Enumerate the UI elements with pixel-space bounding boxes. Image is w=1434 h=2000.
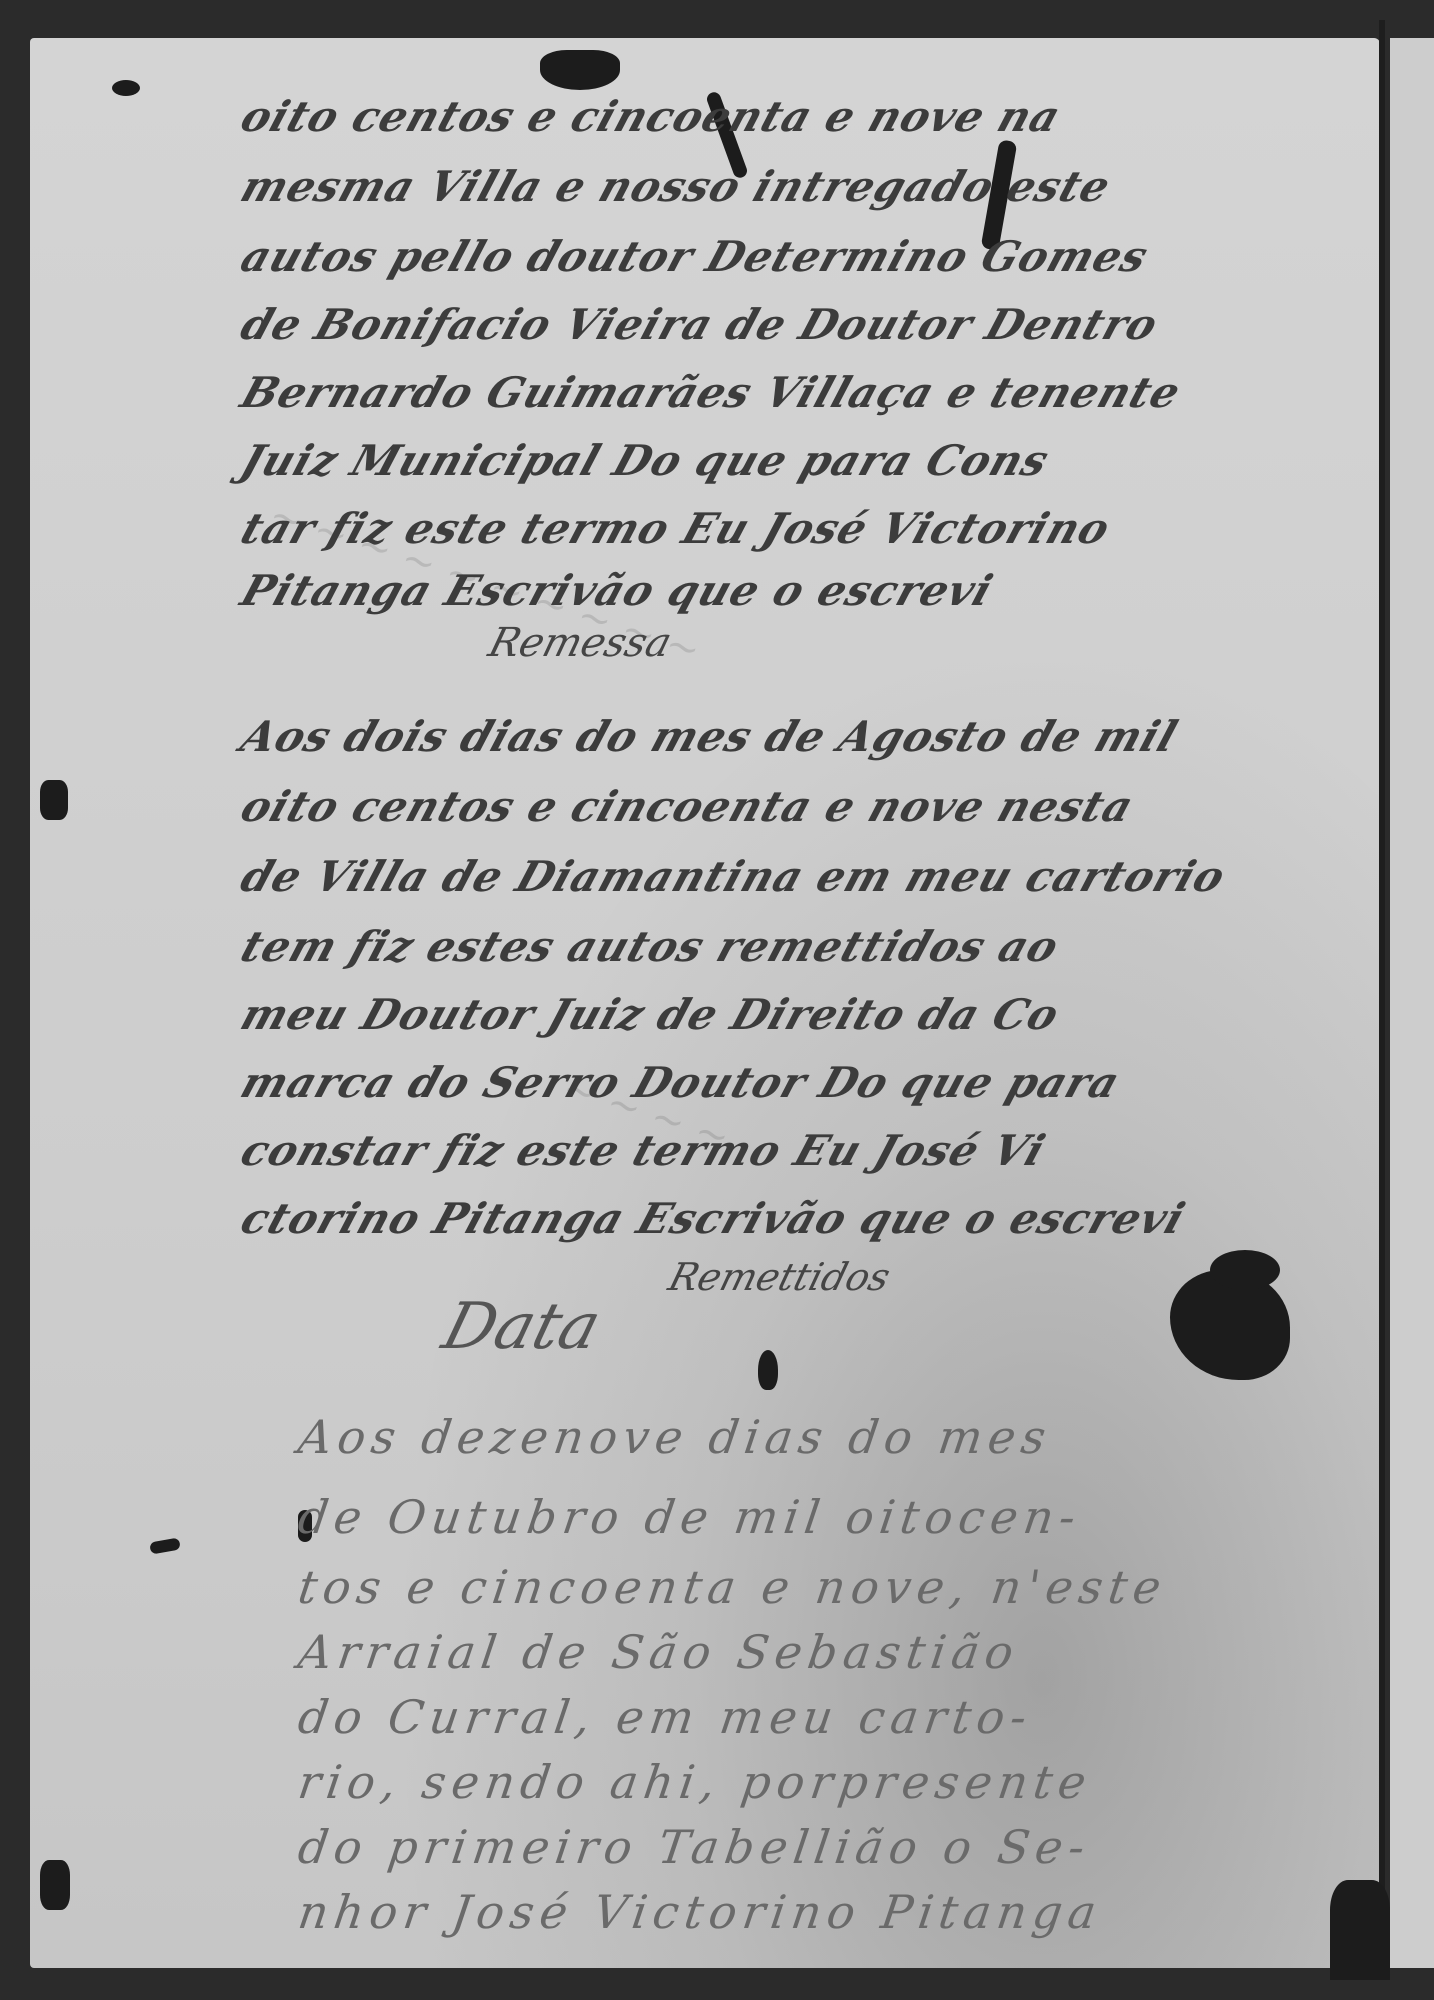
text-line: ctorino Pitanga Escrivão que o escrevi bbox=[235, 1194, 1192, 1243]
text-line: mesma Villa e nosso intregado este bbox=[235, 162, 1117, 211]
ink-blot bbox=[540, 50, 620, 90]
text-line: tos e cincoenta e nove, n'este bbox=[295, 1560, 1170, 1614]
section-heading: Remessa bbox=[484, 620, 677, 666]
text-line: do Curral, em meu carto- bbox=[295, 1690, 1036, 1744]
ink-blot bbox=[40, 1860, 70, 1910]
text-line: de Bonifacio Vieira de Doutor Dentro bbox=[235, 300, 1165, 349]
text-line: autos pello doutor Determino Gomes bbox=[235, 232, 1155, 281]
ink-blot bbox=[1330, 1880, 1390, 1980]
text-line: nhor José Victorino Pitanga bbox=[295, 1885, 1106, 1939]
text-line: rio, sendo ahi, porpresente bbox=[295, 1755, 1095, 1809]
text-line: Aos dezenove dias do mes bbox=[295, 1410, 1055, 1464]
adjacent-page-strip bbox=[1390, 38, 1434, 1968]
ink-blot bbox=[112, 80, 140, 96]
text-line: Arraial de São Sebastião bbox=[295, 1625, 1023, 1679]
scan-bottom-border bbox=[0, 1968, 1434, 2000]
closing-word: Remettidos bbox=[664, 1255, 895, 1299]
text-line: tem fiz estes autos remettidos ao bbox=[235, 922, 1065, 971]
text-line: Pitanga Escrivão que o escrevi bbox=[235, 566, 999, 615]
text-line: Bernardo Guimarães Villaça e tenente bbox=[235, 368, 1187, 417]
text-line: de Villa de Diamantina em meu cartorio bbox=[235, 852, 1232, 901]
ink-blot bbox=[1210, 1250, 1280, 1290]
section-heading: Data bbox=[435, 1290, 608, 1364]
text-line: tar fiz este termo Eu José Victorino bbox=[235, 504, 1117, 553]
binding-line bbox=[1379, 20, 1385, 1970]
text-line: de Outubro de mil oitocen- bbox=[295, 1490, 1085, 1544]
text-line: Aos dois dias do mes de Agosto de mil bbox=[235, 712, 1184, 761]
text-line: marca do Serro Doutor Do que para bbox=[235, 1058, 1126, 1107]
text-line: Juiz Municipal Do que para Cons bbox=[235, 436, 1055, 485]
text-line: do primeiro Tabellião o Se- bbox=[295, 1820, 1094, 1874]
text-line: oito centos e cincoenta e nove na bbox=[235, 92, 1067, 141]
ink-blot bbox=[758, 1350, 778, 1390]
text-line: meu Doutor Juiz de Direito da Co bbox=[235, 990, 1066, 1039]
ink-blot bbox=[40, 780, 68, 820]
text-line: constar fiz este termo Eu José Vi bbox=[235, 1126, 1052, 1175]
text-line: oito centos e cincoenta e nove nesta bbox=[235, 782, 1140, 831]
